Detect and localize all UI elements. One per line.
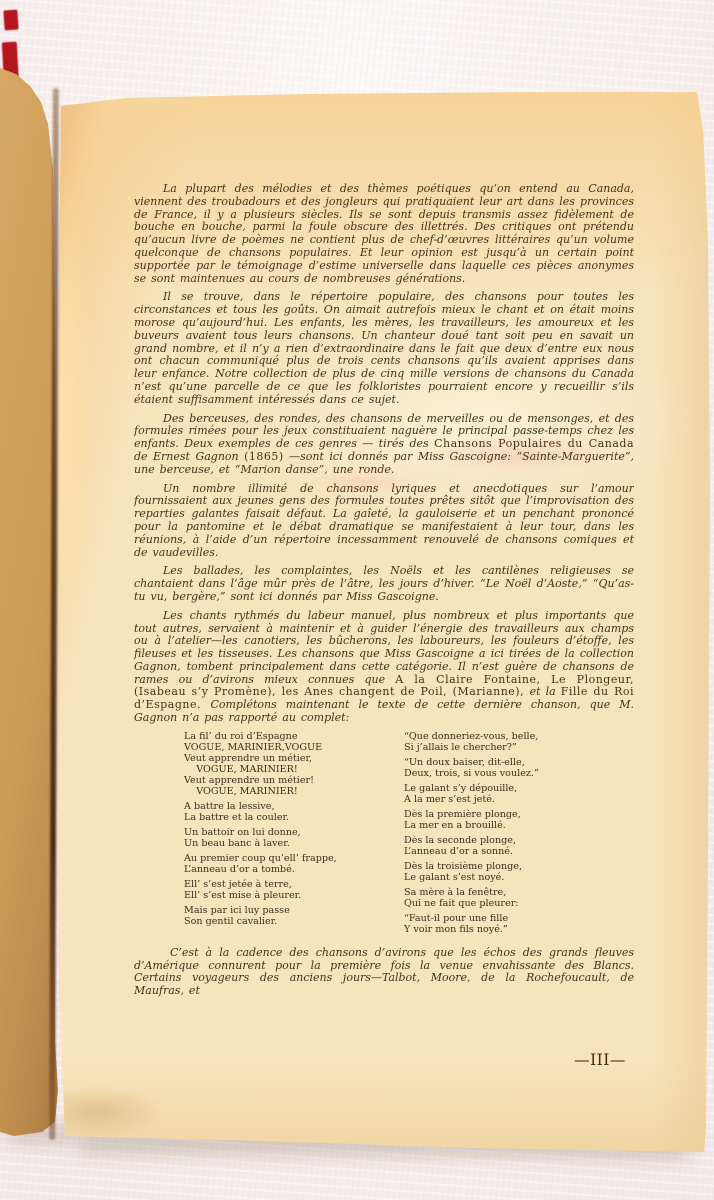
paragraph: Des berceuses, des rondes, des chansons … <box>134 413 634 477</box>
verse-line: Un beau banc à laver. <box>184 838 404 849</box>
verse-line: Ell’ s’est mise à pleurer. <box>184 890 404 901</box>
paragraph-segment: Il se trouve, dans le répertoire populai… <box>134 290 634 405</box>
verse-stanza: Le galant s’y dépouille,A la mer s’est j… <box>404 783 634 805</box>
paragraph-segment: et la <box>530 685 561 698</box>
verse-stanza: “Faut-il pour une filleY voir mon fils n… <box>404 913 634 935</box>
verse-stanza: La fil’ du roi d’EspagneVOGUE, MARINIER,… <box>184 731 404 797</box>
verse-stanza: Dès la première plonge,La mer en a broui… <box>404 809 634 831</box>
verse-line: Y voir mon fils noyé.” <box>404 924 634 935</box>
verse-line: Au premier coup qu’ell’ frappe, <box>184 853 404 864</box>
verse-stanza: Au premier coup qu’ell’ frappe,L’anneau … <box>184 853 404 875</box>
verse-line: Veut apprendre un métier! <box>184 775 404 786</box>
paragraph: Les chants rythmés du labeur manuel, plu… <box>134 610 634 725</box>
verse-stanza: Dès la troisième plonge,Le galant s’est … <box>404 861 634 883</box>
page-text-block: La plupart des mélodies et des thèmes po… <box>134 183 634 1063</box>
verse-stanza: Sa mère à la fenêtre,Qui ne fait que ple… <box>404 887 634 909</box>
verse-stanza: Un battoir on lui donne,Un beau banc à l… <box>184 827 404 849</box>
verse-line: “Faut-il pour une fille <box>404 913 634 924</box>
verse-line: Qui ne fait que pleurer: <box>404 898 634 909</box>
verse-column-left: La fil’ du roi d’EspagneVOGUE, MARINIER,… <box>184 731 404 939</box>
verse-line: La mer en a brouillé. <box>404 820 634 831</box>
paragraph-segment: Les ballades, les complaintes, les Noëls… <box>134 564 634 603</box>
verse-line: Dès la troisième plonge, <box>404 861 634 872</box>
paragraph: La plupart des mélodies et des thèmes po… <box>134 183 634 285</box>
body-paragraphs: La plupart des mélodies et des thèmes po… <box>134 183 634 725</box>
verse-line: L’anneau d’or a sonné. <box>404 846 634 857</box>
red-page-edge-mark <box>3 10 18 31</box>
verse-stanza: “Un doux baiser, dit-elle,Deux, trois, s… <box>404 757 634 779</box>
book-page: La plupart des mélodies et des thèmes po… <box>57 90 711 1158</box>
verse-line: Sa mère à la fenêtre, <box>404 887 634 898</box>
verse-line: Le galant s’est noyé. <box>404 872 634 883</box>
paragraph-segment: C’est à la cadence des chansons d’aviron… <box>134 946 634 997</box>
book-photo: { "scene": { "background_color": "#f7f1f… <box>0 0 714 1200</box>
paragraph-segment: Un nombre illimité de chansons lyriques … <box>134 482 634 559</box>
paragraph-segment: (1865) <box>244 450 284 463</box>
verse-line: A la mer s’est jeté. <box>404 794 634 805</box>
verse-column-right: “Que donneriez-vous, belle,Si j’allais l… <box>404 731 634 939</box>
verse-line: La battre et la couler. <box>184 812 404 823</box>
verse-line: Un battoir on lui donne, <box>184 827 404 838</box>
verse-line: Le galant s’y dépouille, <box>404 783 634 794</box>
verse-stanza: Mais par ici luy passeSon gentil cavalie… <box>184 905 404 927</box>
page-number: —III— <box>550 1053 650 1069</box>
verse-line: VOGUE, MARINIER! <box>184 764 404 775</box>
verse-stanza: Dès la seconde plonge,L’anneau d’or a so… <box>404 835 634 857</box>
verse-stanza: Ell’ s’est jetée à terre,Ell’ s’est mise… <box>184 879 404 901</box>
verse-line: “Que donneriez-vous, belle, <box>404 731 634 742</box>
verse-line: Ell’ s’est jetée à terre, <box>184 879 404 890</box>
verse-line: “Un doux baiser, dit-elle, <box>404 757 634 768</box>
verse-line: Mais par ici luy passe <box>184 905 404 916</box>
song-verse-columns: La fil’ du roi d’EspagneVOGUE, MARINIER,… <box>134 731 634 939</box>
verse-line: VOGUE, MARINIER! <box>184 786 404 797</box>
paragraph: Il se trouve, dans le répertoire populai… <box>134 291 634 406</box>
verse-line: Dès la première plonge, <box>404 809 634 820</box>
verse-line: Son gentil cavalier. <box>184 916 404 927</box>
paragraph-segment: La plupart des mélodies et des thèmes po… <box>134 183 634 285</box>
verse-line: VOGUE, MARINIER,VOGUE <box>184 742 404 753</box>
verse-stanza: A battre la lessive,La battre et la coul… <box>184 801 404 823</box>
verse-stanza: “Que donneriez-vous, belle,Si j’allais l… <box>404 731 634 753</box>
verse-line: Si j’allais le chercher?” <box>404 742 634 753</box>
verse-line: L’anneau d’or a tombé. <box>184 864 404 875</box>
verse-line: A battre la lessive, <box>184 801 404 812</box>
paragraph: Un nombre illimité de chansons lyriques … <box>134 483 634 560</box>
verse-line: Veut apprendre un métier, <box>184 753 404 764</box>
verse-line: Dès la seconde plonge, <box>404 835 634 846</box>
paragraph: C’est à la cadence des chansons d’aviron… <box>134 947 634 998</box>
paragraph: Les ballades, les complaintes, les Noëls… <box>134 565 634 603</box>
verse-line: Deux, trois, si vous voulez.” <box>404 768 634 779</box>
closing-paragraph-container: C’est à la cadence des chansons d’aviron… <box>134 947 634 998</box>
verse-line: La fil’ du roi d’Espagne <box>184 731 404 742</box>
paragraph-segment: de Ernest Gagnon <box>134 450 244 463</box>
paragraph-segment: Chansons Populaires du Canada <box>434 437 634 450</box>
